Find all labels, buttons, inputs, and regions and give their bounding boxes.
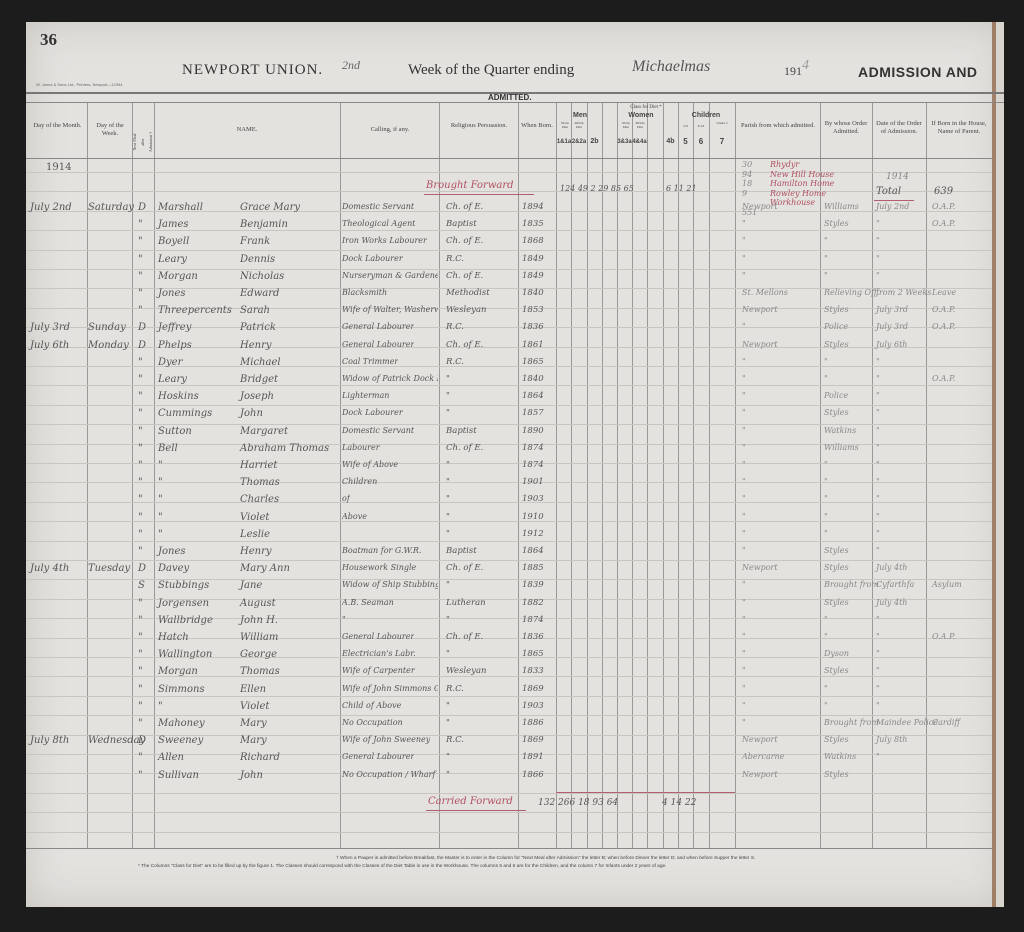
column-divider bbox=[678, 103, 679, 848]
born-cell: 1833 bbox=[522, 666, 544, 676]
meal-cell: " bbox=[138, 254, 143, 265]
meal-cell: " bbox=[138, 288, 143, 299]
religion-cell: Ch. of E. bbox=[446, 340, 483, 350]
order-cell: Brought from bbox=[824, 580, 879, 589]
forename-cell: Mary bbox=[240, 735, 267, 746]
date-cell: " bbox=[876, 494, 880, 503]
calling-cell: Dock Labourer bbox=[342, 408, 403, 417]
meal-cell: " bbox=[138, 546, 143, 557]
meal-cell: D bbox=[138, 735, 146, 746]
weekday-cell: Sunday bbox=[88, 322, 126, 333]
date-cell: " bbox=[876, 271, 880, 280]
surname-cell: " bbox=[158, 494, 163, 505]
date-cell: " bbox=[876, 632, 880, 641]
date-cell: " bbox=[876, 254, 880, 263]
diet-class-4: 4&4a bbox=[632, 138, 647, 146]
forename-cell: Mary Ann bbox=[240, 563, 290, 574]
parish-cell: " bbox=[742, 443, 746, 452]
header-born-in-house: If Born in the House, Name of Parent. bbox=[928, 120, 990, 136]
forename-cell: Margaret bbox=[240, 426, 288, 437]
parish-cell: " bbox=[742, 374, 746, 383]
parent-cell: O.A.P. bbox=[932, 632, 955, 641]
parish-cell: " bbox=[742, 322, 746, 331]
date-cell: July 4th bbox=[876, 563, 907, 572]
meal-cell: " bbox=[138, 512, 143, 523]
ruled-line bbox=[26, 715, 992, 716]
surname-cell: Sullivan bbox=[158, 770, 199, 781]
column-divider bbox=[693, 103, 694, 848]
born-cell: 1912 bbox=[522, 529, 544, 539]
religion-cell: Wesleyan bbox=[446, 666, 487, 676]
religion-cell: Ch. of E. bbox=[446, 271, 483, 281]
header-class-for-diet: Class for Diet * bbox=[586, 104, 706, 112]
calling-cell: No Occupation bbox=[342, 718, 403, 727]
born-cell: 1849 bbox=[522, 271, 544, 281]
forename-cell: John bbox=[240, 770, 263, 781]
date-cell: " bbox=[876, 477, 880, 486]
summary-total-value: 639 bbox=[934, 186, 953, 197]
religion-cell: " bbox=[446, 649, 450, 659]
calling-cell: Wife of Walter, Washerwoman bbox=[342, 305, 438, 314]
calling-cell: Child of Above bbox=[342, 701, 401, 710]
column-divider bbox=[602, 103, 603, 848]
calling-cell: Widow of Ship Stubbings bbox=[342, 580, 438, 589]
parent-cell: O.A.P. bbox=[932, 202, 955, 211]
header-children: Children bbox=[678, 112, 734, 120]
meal-cell: D bbox=[138, 563, 146, 574]
column-divider bbox=[663, 103, 664, 848]
calling-cell: Domestic Servant bbox=[342, 202, 414, 211]
order-cell: Police bbox=[824, 391, 848, 400]
born-cell: 1903 bbox=[522, 701, 544, 711]
religion-cell: " bbox=[446, 615, 450, 625]
header-parish: Parish from which admitted. bbox=[737, 122, 819, 130]
religion-cell: " bbox=[446, 391, 450, 401]
forename-cell: Abraham Thomas bbox=[240, 443, 329, 454]
born-cell: 1891 bbox=[522, 752, 544, 762]
calling-cell: Boatman for G.W.R. bbox=[342, 546, 421, 555]
order-cell: Watkins bbox=[824, 426, 856, 435]
parish-cell: " bbox=[742, 529, 746, 538]
column-divider bbox=[926, 103, 927, 848]
surname-cell: Stubbings bbox=[158, 580, 209, 591]
meal-cell: " bbox=[138, 391, 143, 402]
parish-cell: " bbox=[742, 357, 746, 366]
meal-cell: " bbox=[138, 666, 143, 677]
forename-cell: August bbox=[240, 598, 276, 609]
religion-cell: R.C. bbox=[446, 735, 464, 745]
summary-place: Rhydyr bbox=[770, 160, 799, 169]
religion-cell: " bbox=[446, 752, 450, 762]
parish-cell: " bbox=[742, 512, 746, 521]
header-men: Men bbox=[558, 112, 602, 120]
calling-cell: Dock Labourer bbox=[342, 254, 403, 263]
date-cell: " bbox=[876, 408, 880, 417]
order-cell: " bbox=[824, 684, 828, 693]
weekday-cell: Tuesday bbox=[88, 563, 130, 574]
order-cell: Williams bbox=[824, 202, 859, 211]
parish-cell: " bbox=[742, 546, 746, 555]
religion-cell: " bbox=[446, 374, 450, 384]
day-cell: July 8th bbox=[30, 735, 69, 746]
parish-cell: " bbox=[742, 701, 746, 710]
date-cell: " bbox=[876, 666, 880, 675]
religion-cell: " bbox=[446, 701, 450, 711]
diet-class-1: 1&1a bbox=[556, 138, 572, 146]
forename-cell: Joseph bbox=[240, 391, 274, 402]
religion-cell: " bbox=[446, 770, 450, 780]
total-underline bbox=[874, 200, 914, 201]
born-cell: 1903 bbox=[522, 494, 544, 504]
ruled-line bbox=[26, 812, 992, 813]
meal-cell: S bbox=[138, 580, 145, 591]
order-cell: " bbox=[824, 615, 828, 624]
parish-cell: " bbox=[742, 391, 746, 400]
born-cell: 1874 bbox=[522, 443, 544, 453]
order-cell: Williams bbox=[824, 443, 859, 452]
diet-class-5: 5 bbox=[678, 138, 693, 146]
header-date-of-order: Date of the Order of Admission. bbox=[874, 120, 924, 136]
order-cell: Styles bbox=[824, 408, 849, 417]
column-divider bbox=[820, 103, 821, 848]
calling-cell: Nurseryman & Gardener bbox=[342, 271, 438, 280]
section-title: ADMITTED. bbox=[488, 93, 532, 102]
surname-cell: Jorgensen bbox=[158, 598, 209, 609]
column-divider bbox=[872, 103, 873, 848]
diet-class-6: 6 bbox=[693, 138, 709, 146]
forename-cell: George bbox=[240, 649, 277, 660]
carried-forward-rule bbox=[556, 792, 735, 793]
order-cell: " bbox=[824, 494, 828, 503]
born-cell: 1840 bbox=[522, 288, 544, 298]
diet-class-3: 3&3a bbox=[617, 138, 632, 146]
born-cell: 1885 bbox=[522, 563, 544, 573]
born-cell: 1894 bbox=[522, 202, 544, 212]
surname-cell: Jeffrey bbox=[158, 322, 191, 333]
calling-cell: General Labourer bbox=[342, 752, 414, 761]
date-cell: " bbox=[876, 357, 880, 366]
born-cell: 1836 bbox=[522, 322, 544, 332]
born-cell: 1890 bbox=[522, 426, 544, 436]
forename-cell: Violet bbox=[240, 701, 269, 712]
column-divider bbox=[571, 103, 572, 848]
meal-cell: " bbox=[138, 305, 143, 316]
surname-cell: Dyer bbox=[158, 357, 182, 368]
parish-cell: Newport bbox=[742, 305, 778, 314]
calling-cell: General Labourer bbox=[342, 322, 414, 331]
ruled-line bbox=[26, 521, 992, 522]
forename-cell: Benjamin bbox=[240, 219, 288, 230]
ruled-line bbox=[26, 191, 992, 192]
forename-cell: William bbox=[240, 632, 278, 643]
day-cell: July 3rd bbox=[30, 322, 70, 333]
religion-cell: R.C. bbox=[446, 254, 464, 264]
forename-cell: Charles bbox=[240, 494, 279, 505]
parish-cell: " bbox=[742, 408, 746, 417]
calling-cell: Iron Works Labourer bbox=[342, 236, 427, 245]
header-name: NAME. bbox=[156, 126, 338, 134]
column-divider bbox=[617, 103, 618, 848]
date-cell: July 4th bbox=[876, 598, 907, 607]
forename-cell: Harriet bbox=[240, 460, 277, 471]
order-cell: Styles bbox=[824, 219, 849, 228]
date-cell: " bbox=[876, 684, 880, 693]
ruled-line bbox=[26, 502, 992, 503]
header-religion: Religious Persuasion. bbox=[441, 122, 517, 130]
order-cell: Watkins bbox=[824, 752, 856, 761]
surname-cell: Cummings bbox=[158, 408, 212, 419]
order-cell: Styles bbox=[824, 563, 849, 572]
ruled-line bbox=[26, 696, 992, 697]
religion-cell: Lutheran bbox=[446, 598, 486, 608]
forename-cell: Violet bbox=[240, 512, 269, 523]
meal-cell: " bbox=[138, 701, 143, 712]
born-cell: 1857 bbox=[522, 408, 544, 418]
surname-cell: Marshall bbox=[158, 202, 203, 213]
forename-cell: Sarah bbox=[240, 305, 270, 316]
forename-cell: Mary bbox=[240, 718, 267, 729]
date-cell: " bbox=[876, 752, 880, 761]
register-page: 36 W. Jones & Sons Ltd., Printers, Newpo… bbox=[26, 22, 1004, 907]
religion-cell: Ch. of E. bbox=[446, 236, 483, 246]
forename-cell: Henry bbox=[240, 340, 272, 351]
surname-cell: James bbox=[158, 219, 189, 230]
column-divider bbox=[587, 103, 588, 848]
meal-cell: " bbox=[138, 477, 143, 488]
ruled-line bbox=[26, 560, 992, 561]
date-cell: " bbox=[876, 615, 880, 624]
header-calling: Calling, if any. bbox=[342, 126, 438, 134]
header-by-whose-order: By whose Order Admitted. bbox=[822, 120, 870, 136]
header-next-meal: Next Meal after Admission † bbox=[131, 131, 155, 153]
summary-place: New Hill House bbox=[770, 170, 834, 179]
surname-cell: Leary bbox=[158, 374, 187, 385]
year-printed: 191 bbox=[784, 64, 802, 79]
forename-cell: Dennis bbox=[240, 254, 275, 265]
surname-cell: Phelps bbox=[158, 340, 192, 351]
meal-cell: " bbox=[138, 443, 143, 454]
weekday-cell: Saturday bbox=[88, 202, 134, 213]
meal-cell: " bbox=[138, 598, 143, 609]
year-handwritten: 4 bbox=[802, 58, 809, 74]
column-divider bbox=[735, 103, 736, 848]
meal-cell: " bbox=[138, 615, 143, 626]
footnote-diet: * The Columns "Class for Diet" are to be… bbox=[138, 864, 667, 869]
meal-cell: " bbox=[138, 219, 143, 230]
date-cell: " bbox=[876, 701, 880, 710]
calling-cell: Wife of Carpenter bbox=[342, 666, 415, 675]
brought-forward-children-totals: 6 11 21 bbox=[666, 184, 697, 193]
date-cell: " bbox=[876, 649, 880, 658]
parish-cell: Newport bbox=[742, 563, 778, 572]
religion-cell: Ch. of E. bbox=[446, 202, 483, 212]
born-cell: 1874 bbox=[522, 615, 544, 625]
carried-forward-diet-totals: 132 266 18 93 64 bbox=[538, 798, 618, 808]
parish-cell: " bbox=[742, 254, 746, 263]
brought-forward-diet-totals: 124 49 2 29 85 65 bbox=[560, 184, 634, 193]
parish-cell: " bbox=[742, 460, 746, 469]
carried-forward-children-totals: 4 14 22 bbox=[662, 798, 696, 808]
born-cell: 1836 bbox=[522, 632, 544, 642]
order-cell: Relieving Off. bbox=[824, 288, 879, 297]
week-label: Week of the Quarter ending bbox=[408, 62, 574, 79]
religion-cell: " bbox=[446, 494, 450, 504]
meal-cell: " bbox=[138, 271, 143, 282]
footer-divider bbox=[26, 848, 992, 849]
religion-cell: " bbox=[446, 477, 450, 487]
surname-cell: Threepercents bbox=[158, 305, 232, 316]
meal-cell: " bbox=[138, 649, 143, 660]
parish-cell: Newport bbox=[742, 770, 778, 779]
forename-cell: Nicholas bbox=[240, 271, 284, 282]
parish-cell: " bbox=[742, 649, 746, 658]
surname-cell: " bbox=[158, 477, 163, 488]
order-cell: Brought from bbox=[824, 718, 879, 727]
day-cell: July 4th bbox=[30, 563, 69, 574]
date-cell: " bbox=[876, 546, 880, 555]
forename-cell: John H. bbox=[240, 615, 278, 626]
ruled-line bbox=[26, 793, 992, 794]
born-cell: 1849 bbox=[522, 254, 544, 264]
date-cell: July 8th bbox=[876, 735, 907, 744]
surname-cell: Wallbridge bbox=[158, 615, 213, 626]
calling-cell: " bbox=[342, 615, 346, 624]
parish-cell: " bbox=[742, 684, 746, 693]
order-cell: " bbox=[824, 236, 828, 245]
column-divider bbox=[518, 103, 519, 848]
order-cell: " bbox=[824, 529, 828, 538]
header-men-infirm: Infirm Diet bbox=[572, 121, 586, 129]
column-divider bbox=[439, 103, 440, 848]
surname-cell: Simmons bbox=[158, 684, 205, 695]
order-cell: " bbox=[824, 460, 828, 469]
date-cell: from 2 Weeks bbox=[876, 288, 931, 297]
parent-cell: O.A.P. bbox=[932, 322, 955, 331]
header-child-age-2: 8-16 bbox=[693, 122, 709, 130]
date-cell: " bbox=[876, 219, 880, 228]
surname-cell: Morgan bbox=[158, 666, 198, 677]
order-cell: Dyson bbox=[824, 649, 849, 658]
ruled-line bbox=[26, 541, 992, 542]
forename-cell: Henry bbox=[240, 546, 272, 557]
calling-cell: Widow of Patrick Dock Labourer bbox=[342, 374, 438, 383]
order-cell: " bbox=[824, 357, 828, 366]
religion-cell: Ch. of E. bbox=[446, 563, 483, 573]
order-cell: Styles bbox=[824, 305, 849, 314]
born-cell: 1874 bbox=[522, 460, 544, 470]
day-cell: July 6th bbox=[30, 340, 69, 351]
printer-imprint: W. Jones & Sons Ltd., Printers, Newport—… bbox=[36, 82, 123, 87]
parish-cell: " bbox=[742, 426, 746, 435]
diet-class-2b: 2b bbox=[587, 138, 602, 146]
forename-cell: Jane bbox=[240, 580, 262, 591]
religion-cell: Ch. of E. bbox=[446, 443, 483, 453]
born-cell: 1901 bbox=[522, 477, 544, 487]
summary-place: Rowley Home bbox=[770, 189, 826, 198]
ruled-line bbox=[26, 482, 992, 483]
order-cell: " bbox=[824, 632, 828, 641]
meal-cell: " bbox=[138, 460, 143, 471]
brought-forward-underline bbox=[424, 194, 534, 195]
born-cell: 1861 bbox=[522, 340, 544, 350]
meal-cell: " bbox=[138, 408, 143, 419]
meal-cell: " bbox=[138, 374, 143, 385]
meal-cell: " bbox=[138, 529, 143, 540]
facing-page-edge bbox=[996, 22, 1004, 907]
surname-cell: Boyell bbox=[158, 236, 189, 247]
surname-cell: Morgan bbox=[158, 271, 198, 282]
calling-cell: of bbox=[342, 494, 350, 503]
date-cell: July 6th bbox=[876, 340, 907, 349]
ruled-line bbox=[26, 405, 992, 406]
meal-cell: " bbox=[138, 236, 143, 247]
brought-forward-label: Brought Forward bbox=[426, 180, 514, 191]
forename-cell: Grace Mary bbox=[240, 202, 300, 213]
parish-cell: Newport bbox=[742, 202, 778, 211]
register-title: ADMISSION AND bbox=[858, 64, 978, 80]
header-men-plain: Plain Diet bbox=[558, 121, 572, 129]
weekday-cell: Monday bbox=[88, 340, 129, 351]
date-cell: " bbox=[876, 426, 880, 435]
calling-cell: Blacksmith bbox=[342, 288, 387, 297]
calling-cell: Domestic Servant bbox=[342, 426, 414, 435]
calling-cell: Housework Single bbox=[342, 563, 416, 572]
meal-cell: " bbox=[138, 426, 143, 437]
meal-cell: " bbox=[138, 684, 143, 695]
date-cell: July 3rd bbox=[876, 322, 908, 331]
surname-cell: " bbox=[158, 701, 163, 712]
forename-cell: Leslie bbox=[240, 529, 270, 540]
born-cell: 1868 bbox=[522, 236, 544, 246]
diet-class-2: 2&2a bbox=[571, 138, 587, 146]
parent-cell: O.A.P. bbox=[932, 374, 955, 383]
order-cell: Styles bbox=[824, 735, 849, 744]
column-divider bbox=[632, 103, 633, 848]
parish-cell: Newport bbox=[742, 340, 778, 349]
forename-cell: Thomas bbox=[240, 666, 280, 677]
religion-cell: R.C. bbox=[446, 322, 464, 332]
header-child-age-3: Under 2 bbox=[709, 121, 735, 125]
born-cell: 1839 bbox=[522, 580, 544, 590]
header-day-of-month: Day of the Month. bbox=[30, 122, 85, 130]
surname-cell: Sweeney bbox=[158, 735, 203, 746]
parish-cell: " bbox=[742, 632, 746, 641]
born-cell: 1882 bbox=[522, 598, 544, 608]
order-cell: " bbox=[824, 701, 828, 710]
ruled-line bbox=[26, 463, 992, 464]
ruled-line bbox=[26, 385, 992, 386]
religion-cell: R.C. bbox=[446, 357, 464, 367]
surname-cell: Bell bbox=[158, 443, 178, 454]
weekday-cell: Wednesday bbox=[88, 735, 145, 746]
born-cell: 1840 bbox=[522, 374, 544, 384]
date-cell: July 3rd bbox=[876, 305, 908, 314]
religion-cell: Methodist bbox=[446, 288, 490, 298]
calling-cell: Wife of John Simmons General Labourer bbox=[342, 684, 438, 693]
religion-cell: " bbox=[446, 408, 450, 418]
surname-cell: " bbox=[158, 529, 163, 540]
summary-total-label: Total bbox=[876, 186, 901, 197]
religion-cell: " bbox=[446, 512, 450, 522]
forename-cell: Bridget bbox=[240, 374, 278, 385]
diet-class-7: 7 bbox=[709, 138, 735, 146]
religion-cell: " bbox=[446, 580, 450, 590]
header-women-infirm: Infirm Diet bbox=[633, 121, 647, 129]
born-cell: 1865 bbox=[522, 649, 544, 659]
header-when-born: When Born. bbox=[520, 122, 554, 130]
calling-cell: A.B. Seaman bbox=[342, 598, 394, 607]
date-cell: Cyfarthfa bbox=[876, 580, 914, 589]
